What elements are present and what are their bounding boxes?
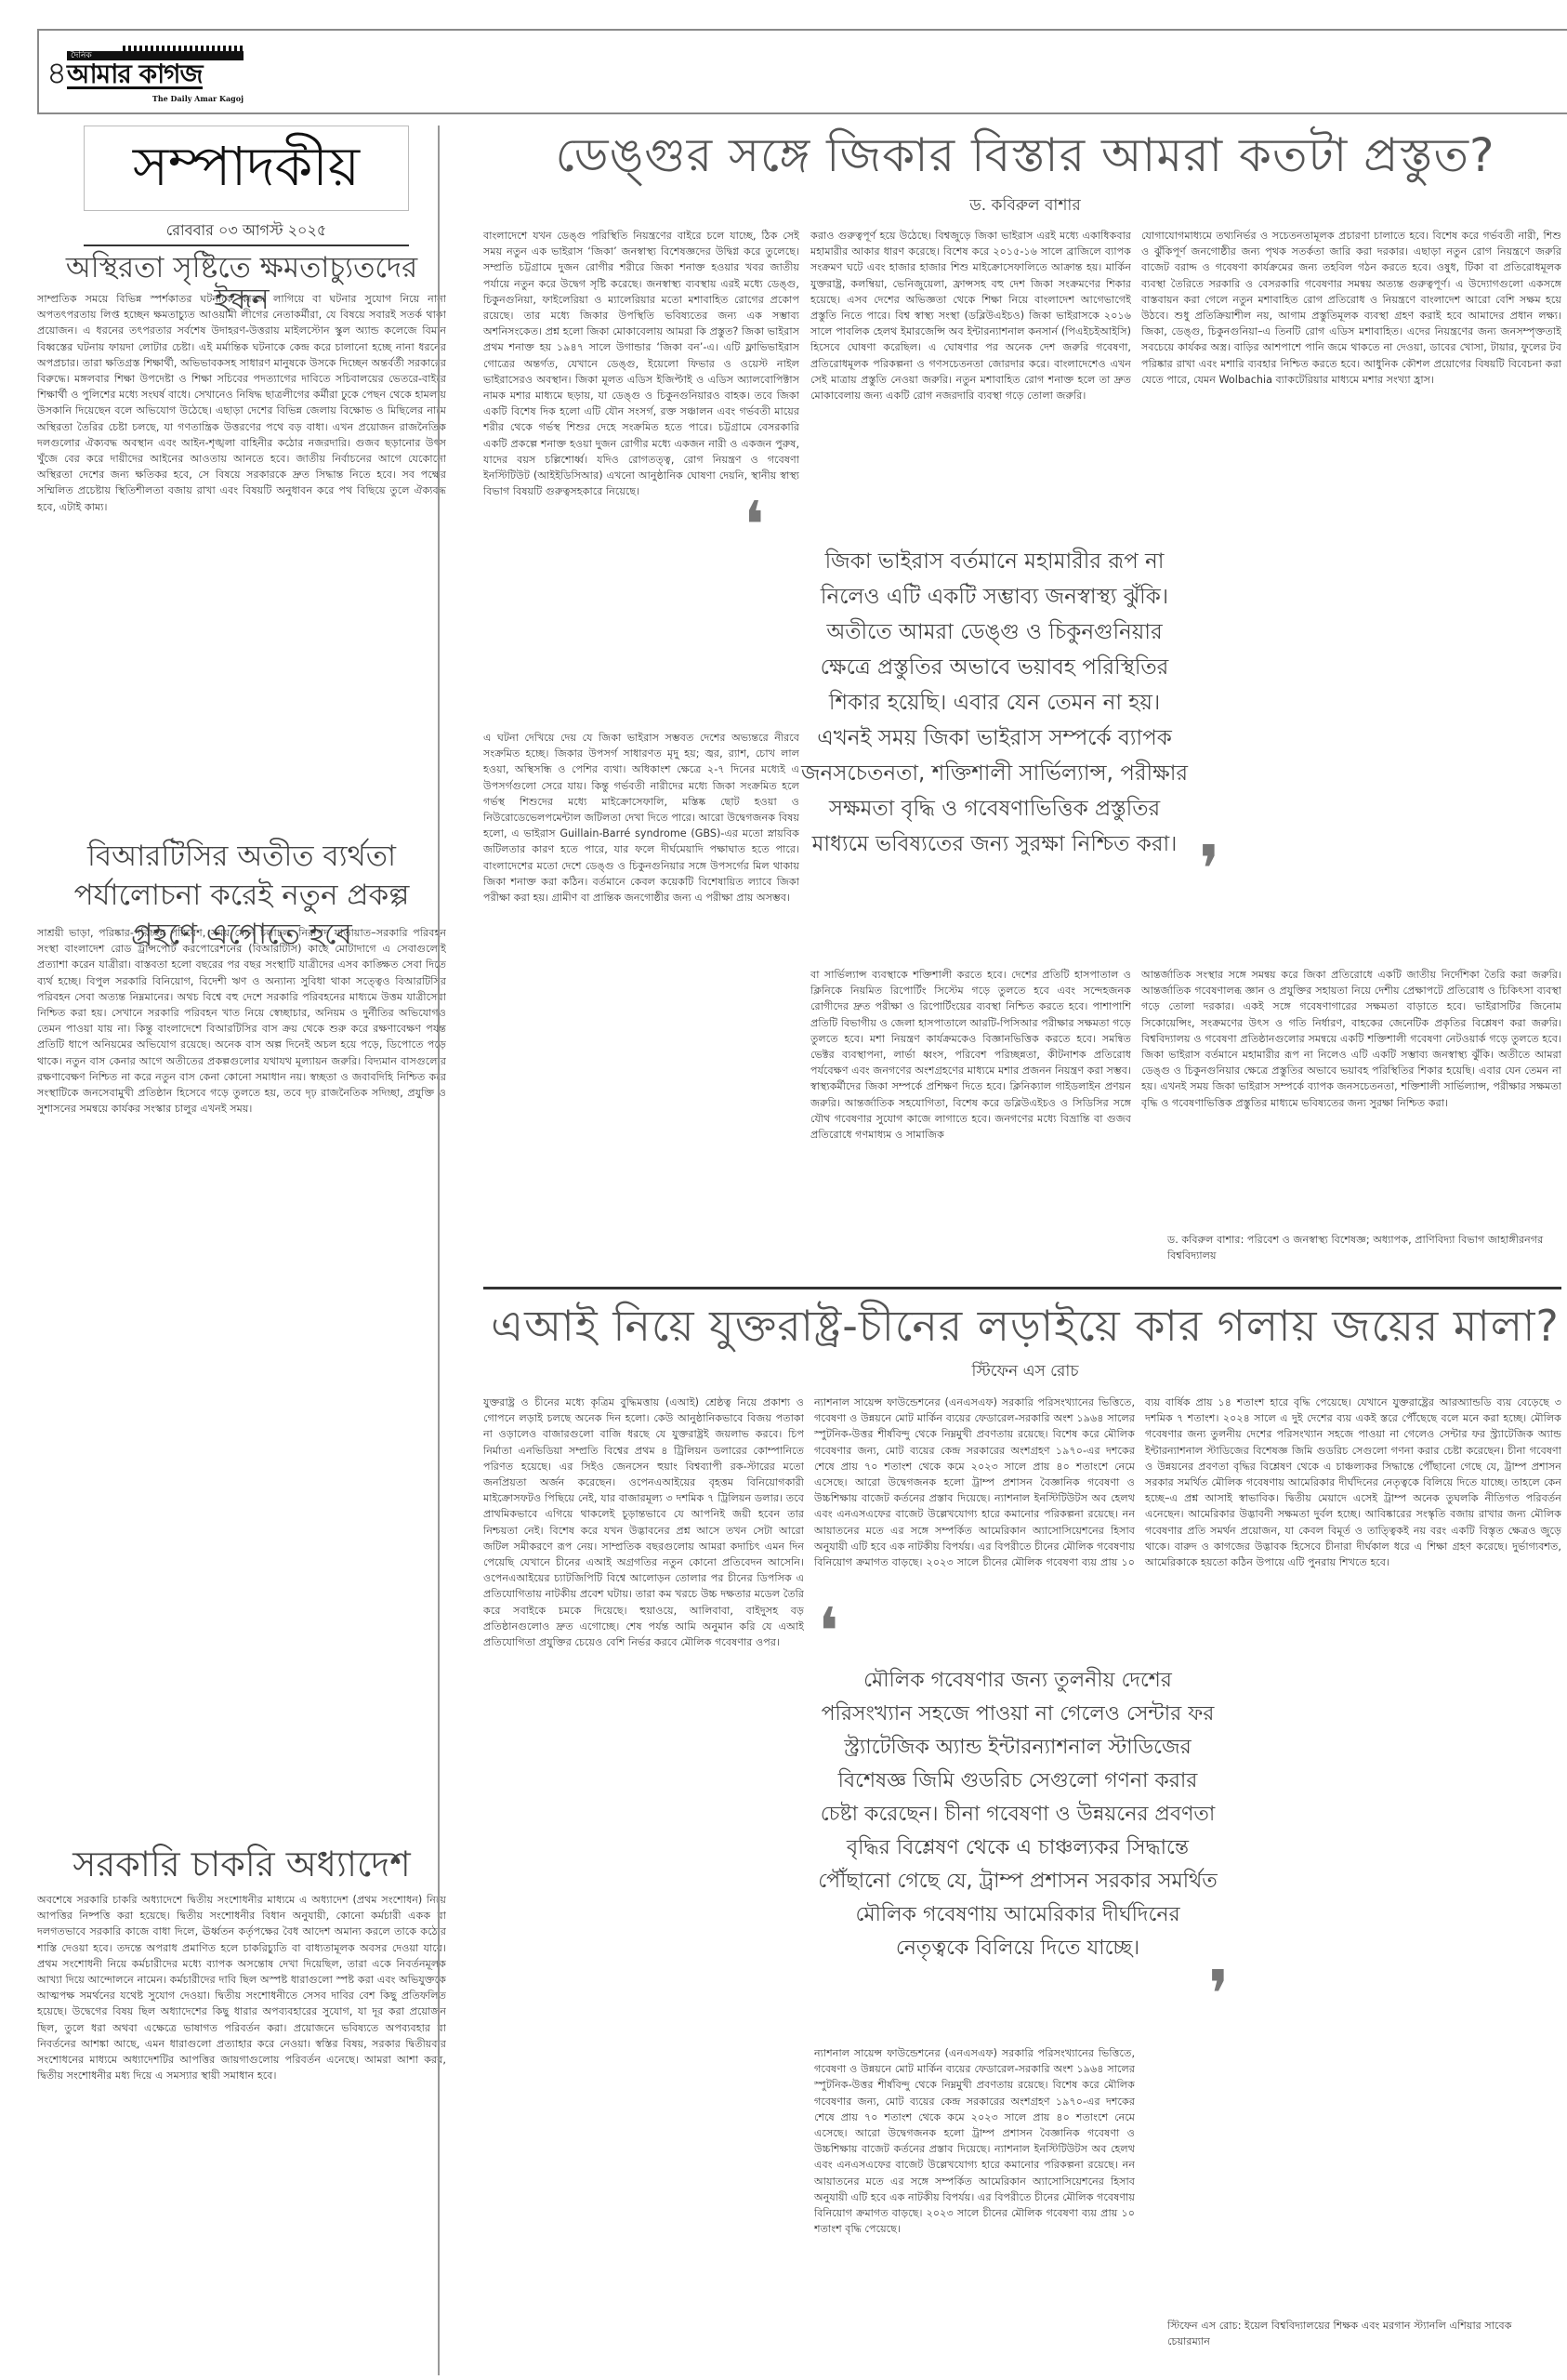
masthead: ৪ দৈনিক আমার কাগজ The Daily Amar Kagoj	[37, 29, 1567, 114]
close-quote-icon: ❜	[1208, 1962, 1230, 2027]
article2-headline: এআই নিয়ে যুক্তরাষ্ট্র-চীনের লড়াইয়ে কা…	[483, 1294, 1567, 1365]
article1-headline: ডেঙ্গুর সঙ্গে জিকার বিস্তার আমরা কতটা প্…	[483, 121, 1567, 198]
column-divider	[438, 126, 440, 2375]
article2-column-1: যুক্তরাষ্ট্র ও চীনের মধ্যে কৃত্রিম বুদ্ধ…	[483, 1395, 804, 2371]
page-number: ৪	[46, 49, 67, 102]
article1-pull-quote: জিকা ভাইরাস বর্তমানে মহামারীর রূপ না নিল…	[799, 544, 1190, 862]
article2-author-bio: স্টিফেন এস রোচ: ইয়েল বিশ্ববিদ্যালয়ের শ…	[1167, 2318, 1558, 2349]
editorial-body-2: সাশ্রয়ী ভাড়া, পরিষ্কার-পরিচ্ছন্ন পরিবে…	[37, 925, 446, 1831]
article1-column-3: যোগাযোগমাধ্যমে তথ্যনির্ভর ও সচেতনতামূলক …	[1141, 228, 1561, 804]
article-divider	[483, 1287, 1561, 1289]
article2-pull-quote: মৌলিক গবেষণার জন্য তুলনীয় দেশের পরিসংখ্…	[818, 1664, 1218, 1965]
logo-english-name: The Daily Amar Kagoj	[152, 94, 244, 103]
article2-byline: স্টিফেন এস রোচ	[483, 1359, 1567, 1385]
article1-column-2b: বা সার্ভিল্যান্স ব্যবস্থাকে শক্তিশালী কর…	[810, 967, 1131, 1274]
newspaper-logo: দৈনিক আমার কাগজ The Daily Amar Kagoj	[67, 49, 244, 120]
article1-byline: ড. কবিরুল বাশার	[483, 193, 1567, 219]
open-quote-icon: ❛	[818, 1599, 839, 1664]
article1-column-1a: বাংলাদেশে যখন ডেঙ্গু পরিস্থিতি নিয়ন্ত্র…	[483, 228, 799, 721]
open-quote-icon: ❛	[744, 493, 765, 558]
article2-column-2a: ন্যাশনাল সায়েন্স ফাউন্ডেশনের (এনএসএফ) স…	[814, 1395, 1135, 1571]
editorial-rule	[84, 245, 409, 246]
article2-column-2b: ন্যাশনাল সায়েন্স ফাউন্ডেশনের (এনএসএফ) স…	[814, 2045, 1135, 2371]
article1-column-1b: এ ঘটনা দেখিয়ে দেয় যে জিকা ভাইরাস সম্ভব…	[483, 730, 799, 1274]
article1-column-3b: আন্তর্জাতিক সংস্থার সঙ্গে সমন্বয় করে জি…	[1141, 967, 1561, 1176]
editorial-date: রোববার ০৩ আগস্ট ২০২৫	[84, 218, 409, 244]
editorial-section-title: সম্পাদকীয়	[85, 126, 408, 206]
editorial-body-3: অবশেষে সরকারি চাকরি অধ্যাদেশে দ্বিতীয় স…	[37, 1892, 446, 2254]
article1-column-2: করাও গুরুত্বপূর্ণ হয়ে উঠেছে। বিশ্বজুড়ে…	[810, 228, 1131, 497]
close-quote-icon: ❜	[1199, 837, 1220, 902]
editorial-headline-3: সরকারি চাকরি অধ্যাদেশ	[37, 1845, 446, 1884]
article1-author-bio: ড. কবিরুল বাশার: পরিবেশ ও জনস্বাস্থ্য বি…	[1167, 1232, 1558, 1263]
editorial-section-banner: সম্পাদকীয়	[84, 126, 409, 211]
logo-name: আমার কাগজ	[67, 62, 203, 89]
